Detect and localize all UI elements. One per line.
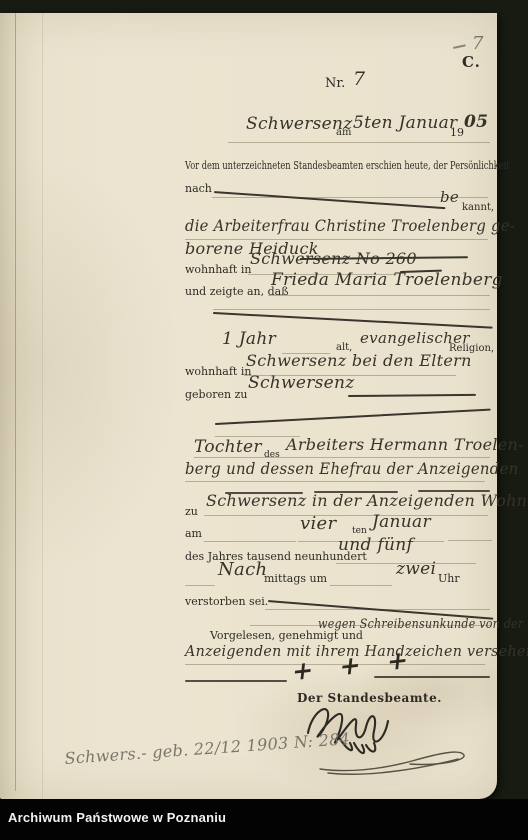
form-rule bbox=[204, 541, 296, 542]
pen-stroke bbox=[215, 409, 491, 425]
known-hand-prefix: be bbox=[440, 188, 459, 206]
declarant-residence-value: Schwersenz No 260 bbox=[250, 249, 417, 268]
pencil-note: Schwers.- geb. 22/12 1903 N: 284 bbox=[64, 729, 351, 768]
death-time-prefix: Nach bbox=[218, 559, 267, 580]
form-rule bbox=[228, 142, 490, 143]
dateline-date: 5ten Januar bbox=[353, 113, 457, 133]
form-rule bbox=[268, 295, 490, 296]
parents-hand-1: Tochter bbox=[194, 437, 262, 457]
page-number: 7 bbox=[472, 33, 484, 54]
pen-stroke bbox=[213, 312, 493, 328]
form-section-letter: C. bbox=[462, 53, 481, 71]
death-place-label: zu bbox=[185, 505, 198, 518]
attestation-hand-1: wegen Schreibensunkunde von der bbox=[318, 617, 523, 632]
death-closing: verstorben sei. bbox=[185, 595, 268, 608]
death-year-value: und fünf bbox=[338, 535, 413, 555]
form-rule bbox=[204, 515, 488, 516]
intro-line-2: nach bbox=[185, 182, 212, 195]
pen-stroke bbox=[348, 394, 476, 397]
residence2-value: Schwersenz bei den Eltern bbox=[246, 351, 472, 370]
intro-line-1: Vor dem unterzeichneten Standesbeamten e… bbox=[185, 159, 510, 172]
page-fold-line-2 bbox=[42, 13, 43, 799]
death-time-unit: Uhr bbox=[438, 572, 460, 585]
death-day-label: am bbox=[185, 527, 202, 540]
death-time-value: zwei bbox=[396, 559, 436, 579]
born-label: geboren zu bbox=[185, 388, 247, 401]
parents-line-2: berg und dessen Ehefrau der Anzeigenden bbox=[185, 459, 519, 478]
document-page: 7 C. Nr. 7 Schwersenz am 5ten Januar 19 … bbox=[0, 13, 497, 799]
archive-watermark-bar: Archiwum Państwowe w Poznaniu bbox=[0, 799, 528, 840]
form-rule bbox=[374, 676, 490, 678]
death-day-value: vier bbox=[300, 513, 336, 534]
born-value: Schwersenz bbox=[248, 373, 355, 393]
known-print-suffix: kannt, bbox=[462, 202, 494, 213]
form-rule bbox=[185, 481, 485, 482]
death-time-label: mittags um bbox=[264, 572, 327, 585]
residence2-label: wohnhaft in bbox=[185, 365, 251, 378]
dateline-year-prefix: 19 bbox=[450, 126, 464, 139]
dateline-year-value: 05 bbox=[464, 112, 488, 132]
parents-hand-2: Arbeiters Hermann Troelen- bbox=[286, 435, 524, 454]
death-month-value: Januar bbox=[372, 512, 431, 532]
archive-watermark-text: Archiwum Państwowe w Poznaniu bbox=[8, 810, 226, 825]
form-rule bbox=[185, 680, 287, 682]
age-value: 1 Jahr bbox=[222, 329, 276, 349]
declarant-residence-label: wohnhaft in bbox=[185, 263, 251, 276]
form-rule bbox=[330, 585, 392, 586]
form-rule bbox=[185, 585, 215, 586]
declarant-line-1: die Arbeiterfrau Christine Troelenberg g… bbox=[185, 216, 515, 235]
form-rule bbox=[194, 457, 490, 458]
scanned-document: 7 C. Nr. 7 Schwersenz am 5ten Januar 19 … bbox=[0, 0, 528, 840]
form-rule bbox=[448, 540, 492, 541]
dateline-am-label: am bbox=[336, 127, 351, 138]
pencil-dash bbox=[453, 44, 466, 48]
pen-stroke bbox=[214, 191, 446, 209]
form-rule bbox=[213, 309, 490, 310]
page-fold-line bbox=[15, 13, 16, 791]
death-place-value: Schwersenz in der Anzeigenden Wohnung bbox=[206, 491, 528, 510]
record-number-value: 7 bbox=[353, 68, 365, 90]
record-number-label: Nr. bbox=[325, 76, 345, 91]
deceased-name: Frieda Maria Troelenberg bbox=[271, 270, 503, 290]
